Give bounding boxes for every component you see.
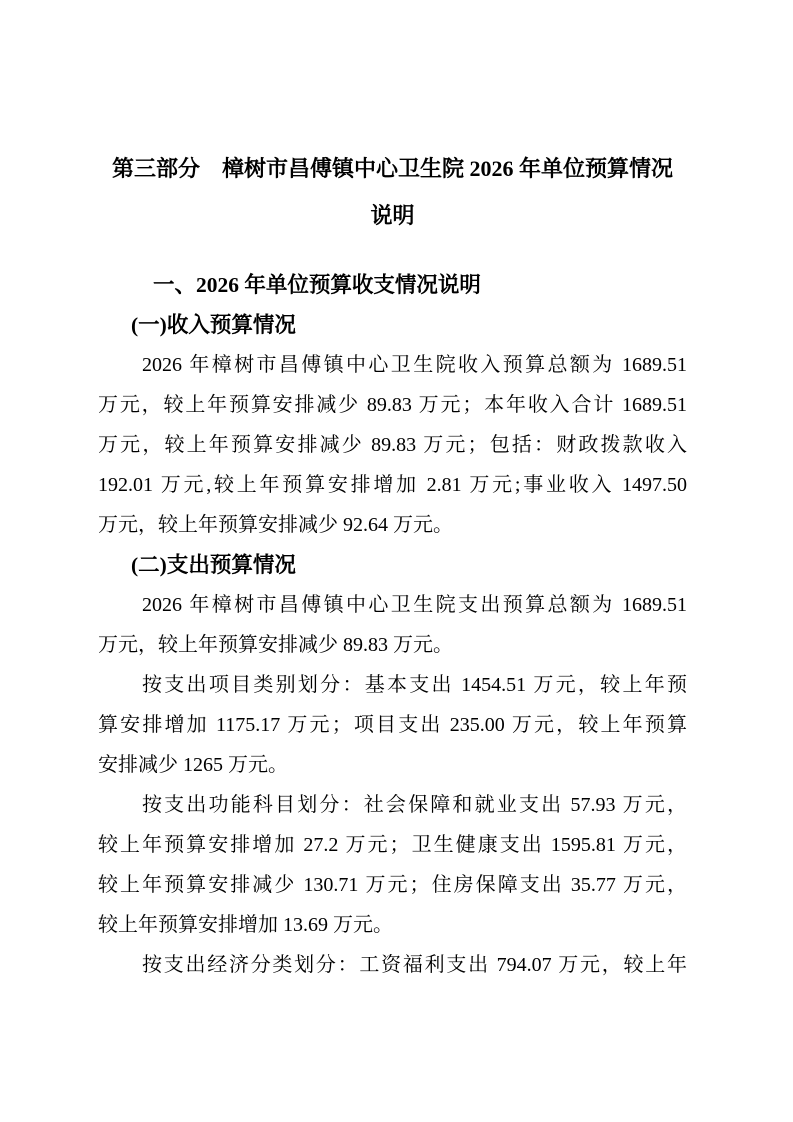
section-heading-budget-overview: 一、2026 年单位预算收支情况说明 bbox=[98, 265, 687, 305]
text-line: 万元，较上年预算安排减少 89.83 万元；包括：财政拨款收入 bbox=[98, 425, 687, 465]
paragraph-expense-total: 2026 年樟树市昌傅镇中心卫生院支出预算总额为 1689.51 万元，较上年预… bbox=[98, 585, 687, 665]
text-line: 按支出经济分类划分：工资福利支出 794.07 万元，较上年 bbox=[98, 945, 687, 985]
text-line: 2026 年樟树市昌傅镇中心卫生院支出预算总额为 1689.51 bbox=[98, 585, 687, 625]
text-line: 按支出项目类别划分：基本支出 1454.51 万元，较上年预 bbox=[98, 665, 687, 705]
text-line: 较上年预算安排减少 130.71 万元；住房保障支出 35.77 万元， bbox=[98, 865, 687, 905]
text-line: 安排减少 1265 万元。 bbox=[98, 745, 687, 785]
paragraph-income-budget: 2026 年樟树市昌傅镇中心卫生院收入预算总额为 1689.51 万元，较上年预… bbox=[98, 345, 687, 545]
document-title-line-2: 说明 bbox=[98, 192, 687, 239]
text-line: 按支出功能科目划分：社会保障和就业支出 57.93 万元， bbox=[98, 785, 687, 825]
text-line: 较上年预算安排增加 27.2 万元；卫生健康支出 1595.81 万元， bbox=[98, 825, 687, 865]
text-line: 较上年预算安排增加 13.69 万元。 bbox=[98, 905, 687, 945]
document-title-line-1: 第三部分 樟树市昌傅镇中心卫生院 2026 年单位预算情况 bbox=[98, 145, 687, 192]
text-line: 192.01 万元,较上年预算安排增加 2.81 万元;事业收入 1497.50 bbox=[98, 465, 687, 505]
document-page: 第三部分 樟树市昌傅镇中心卫生院 2026 年单位预算情况 说明 一、2026 … bbox=[0, 0, 793, 1122]
subsection-heading-expense-budget: (二)支出预算情况 bbox=[98, 545, 687, 585]
document-content: 第三部分 樟树市昌傅镇中心卫生院 2026 年单位预算情况 说明 一、2026 … bbox=[98, 145, 687, 985]
text-line: 万元，较上年预算安排减少 92.64 万元。 bbox=[98, 505, 687, 545]
paragraph-expense-by-economic: 按支出经济分类划分：工资福利支出 794.07 万元，较上年 bbox=[98, 945, 687, 985]
text-line: 万元，较上年预算安排减少 89.83 万元。 bbox=[98, 625, 687, 665]
text-line: 算安排增加 1175.17 万元；项目支出 235.00 万元，较上年预算 bbox=[98, 705, 687, 745]
text-line: 万元，较上年预算安排减少 89.83 万元；本年收入合计 1689.51 bbox=[98, 385, 687, 425]
subsection-heading-income-budget: (一)收入预算情况 bbox=[98, 305, 687, 345]
paragraph-expense-by-item: 按支出项目类别划分：基本支出 1454.51 万元，较上年预 算安排增加 117… bbox=[98, 665, 687, 785]
paragraph-expense-by-function: 按支出功能科目划分：社会保障和就业支出 57.93 万元， 较上年预算安排增加 … bbox=[98, 785, 687, 945]
text-line: 2026 年樟树市昌傅镇中心卫生院收入预算总额为 1689.51 bbox=[98, 345, 687, 385]
